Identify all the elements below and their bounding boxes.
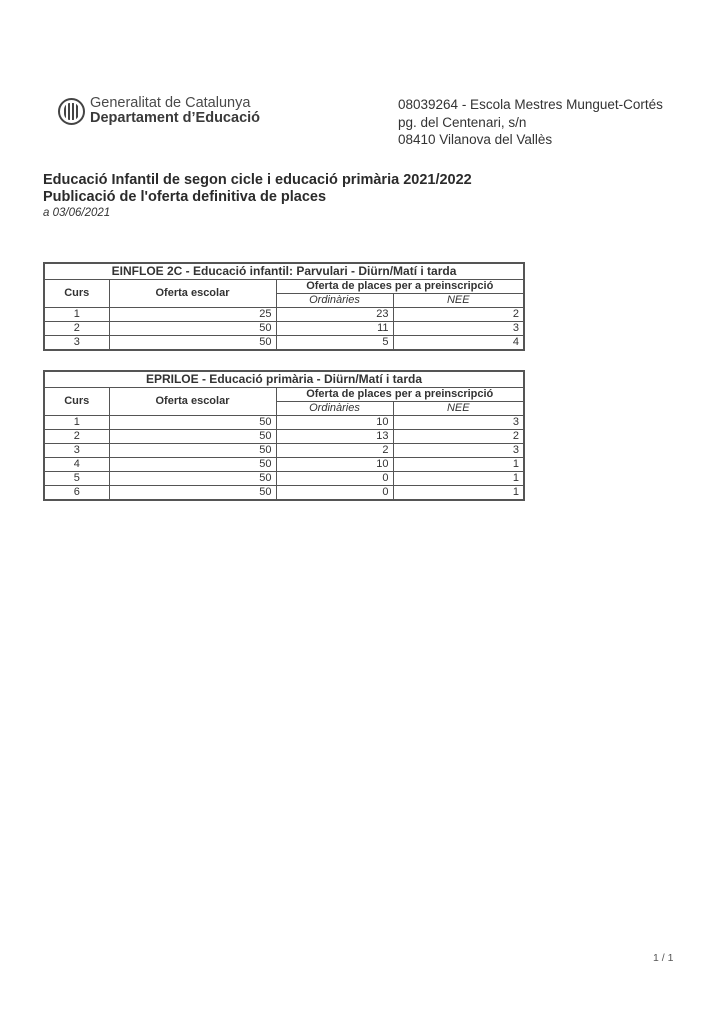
publication-date: a 03/06/2021 [43, 206, 472, 220]
cell-nee: 3 [393, 444, 524, 458]
city-line: 08410 Vilanova del Vallès [398, 131, 663, 149]
cell-curs: 2 [44, 430, 109, 444]
school-name-line: 08039264 - Escola Mestres Munguet-Cortés [398, 96, 663, 114]
street-line: pg. del Centenari, s/n [398, 114, 663, 132]
generalitat-logo: Generalitat de Catalunya Departament d’E… [58, 96, 260, 126]
cell-nee: 2 [393, 308, 524, 322]
table-row: 125232 [44, 308, 524, 322]
cell-ordinaries: 5 [276, 336, 393, 351]
cell-nee: 1 [393, 472, 524, 486]
cell-curs: 4 [44, 458, 109, 472]
cell-curs: 1 [44, 308, 109, 322]
cell-oferta: 50 [109, 486, 276, 501]
cell-curs: 2 [44, 322, 109, 336]
cell-curs: 6 [44, 486, 109, 501]
cell-ordinaries: 2 [276, 444, 393, 458]
cell-curs: 1 [44, 416, 109, 430]
cell-oferta: 50 [109, 472, 276, 486]
page-indicator: 1 / 1 [653, 952, 673, 964]
table-row: 35054 [44, 336, 524, 351]
cell-ordinaries: 10 [276, 416, 393, 430]
cell-ordinaries: 0 [276, 472, 393, 486]
cell-oferta: 50 [109, 444, 276, 458]
cell-oferta: 50 [109, 416, 276, 430]
header-ordinaries: Ordinàries [276, 294, 393, 308]
generalitat-emblem-icon [58, 98, 85, 125]
offer-table-infantil: EINFLOE 2C - Educació infantil: Parvular… [43, 262, 525, 351]
header-oferta-escolar: Oferta escolar [109, 388, 276, 416]
cell-curs: 5 [44, 472, 109, 486]
table-row: 55001 [44, 472, 524, 486]
document-subtitle: Publicació de l'oferta definitiva de pla… [43, 189, 472, 206]
org-name: Generalitat de Catalunya Departament d’E… [90, 96, 260, 126]
cell-nee: 3 [393, 322, 524, 336]
cell-oferta: 50 [109, 458, 276, 472]
header-ordinaries: Ordinàries [276, 402, 393, 416]
cell-nee: 2 [393, 430, 524, 444]
header-curs: Curs [44, 280, 109, 308]
header-oferta-preinscripcio: Oferta de places per a preinscripció [276, 280, 524, 294]
cell-oferta: 50 [109, 322, 276, 336]
cell-ordinaries: 23 [276, 308, 393, 322]
table-row: 450101 [44, 458, 524, 472]
cell-curs: 3 [44, 336, 109, 351]
cell-ordinaries: 13 [276, 430, 393, 444]
header-oferta-escolar: Oferta escolar [109, 280, 276, 308]
offer-table-primaria: EPRILOE - Educació primària - Diürn/Matí… [43, 370, 525, 501]
cell-nee: 3 [393, 416, 524, 430]
header-oferta-preinscripcio: Oferta de places per a preinscripció [276, 388, 524, 402]
header-nee: NEE [393, 402, 524, 416]
table-row: 250113 [44, 322, 524, 336]
cell-ordinaries: 11 [276, 322, 393, 336]
table-row: 150103 [44, 416, 524, 430]
header-curs: Curs [44, 388, 109, 416]
cell-ordinaries: 0 [276, 486, 393, 501]
org-line2: Departament d’Educació [90, 111, 260, 126]
cell-oferta: 50 [109, 336, 276, 351]
table-title: EPRILOE - Educació primària - Diürn/Matí… [44, 371, 524, 388]
cell-nee: 1 [393, 458, 524, 472]
table-row: 250132 [44, 430, 524, 444]
cell-ordinaries: 10 [276, 458, 393, 472]
school-address: 08039264 - Escola Mestres Munguet-Cortés… [398, 96, 663, 149]
table-row: 35023 [44, 444, 524, 458]
cell-oferta: 25 [109, 308, 276, 322]
header-nee: NEE [393, 294, 524, 308]
table-row: 65001 [44, 486, 524, 501]
table-title: EINFLOE 2C - Educació infantil: Parvular… [44, 263, 524, 280]
document-title: Educació Infantil de segon cicle i educa… [43, 172, 472, 189]
cell-curs: 3 [44, 444, 109, 458]
document-titles: Educació Infantil de segon cicle i educa… [43, 172, 472, 220]
org-line1: Generalitat de Catalunya [90, 96, 260, 111]
cell-nee: 1 [393, 486, 524, 501]
cell-nee: 4 [393, 336, 524, 351]
cell-oferta: 50 [109, 430, 276, 444]
